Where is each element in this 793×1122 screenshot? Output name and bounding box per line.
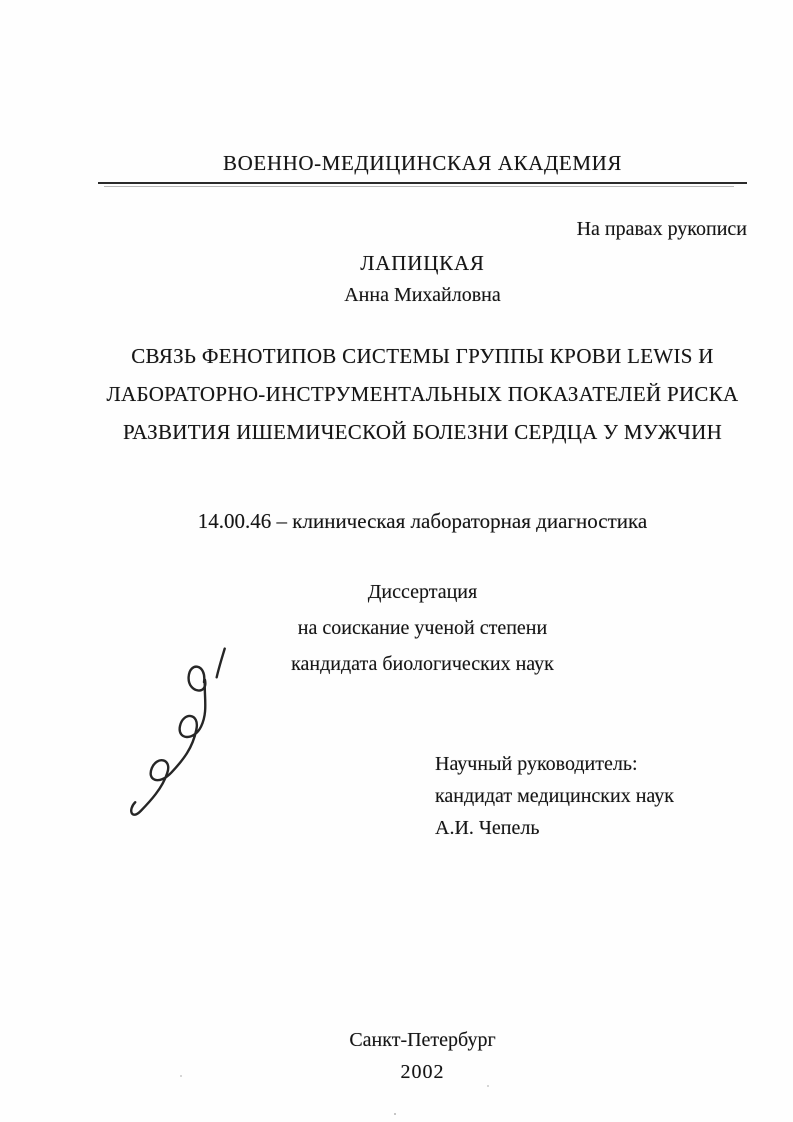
- dissertation-title-page: ВОЕННО-МЕДИЦИНСКАЯ АКАДЕМИЯ На правах ру…: [0, 0, 793, 1122]
- specialty-code-line: 14.00.46 – клиническая лабораторная диаг…: [98, 509, 747, 534]
- dissertation-title: СВЯЗЬ ФЕНОТИПОВ СИСТЕМЫ ГРУППЫ КРОВИ LEW…: [98, 337, 747, 451]
- manuscript-rights-note: На правах рукописи: [98, 218, 747, 241]
- supervisor-heading: Научный руководитель:: [435, 748, 715, 780]
- dissertation-title-line-3: РАЗВИТИЯ ИШЕМИЧЕСКОЙ БОЛЕЗНИ СЕРДЦА У МУ…: [98, 413, 747, 451]
- scan-speck: [487, 1085, 489, 1087]
- header-rule: [98, 182, 747, 184]
- publication-city: Санкт-Петербург: [98, 1029, 747, 1052]
- thesis-line-2: на соискание ученой степени: [98, 610, 747, 646]
- supervisor-block: Научный руководитель: кандидат медицинск…: [435, 748, 715, 844]
- header-rule-scan-echo: [104, 186, 734, 187]
- supervisor-degree: кандидат медицинских наук: [435, 780, 715, 812]
- thesis-line-1: Диссертация: [98, 574, 747, 610]
- scan-speck: [180, 1075, 182, 1077]
- author-given-names: Анна Михайловна: [98, 284, 747, 307]
- scan-speck: [394, 1113, 396, 1115]
- supervisor-name: А.И. Чепель: [435, 812, 715, 844]
- handwritten-signature: [113, 646, 246, 849]
- dissertation-title-line-2: ЛАБОРАТОРНО-ИНСТРУМЕНТАЛЬНЫХ ПОКАЗАТЕЛЕЙ…: [98, 375, 747, 413]
- signature-main-stroke: [122, 666, 215, 815]
- academy-name: ВОЕННО-МЕДИЦИНСКАЯ АКАДЕМИЯ: [98, 151, 747, 176]
- dissertation-title-line-1: СВЯЗЬ ФЕНОТИПОВ СИСТЕМЫ ГРУППЫ КРОВИ LEW…: [98, 337, 747, 375]
- signature-tick-stroke: [215, 649, 227, 678]
- author-surname: ЛАПИЦКАЯ: [98, 251, 747, 276]
- publication-year: 2002: [98, 1061, 747, 1084]
